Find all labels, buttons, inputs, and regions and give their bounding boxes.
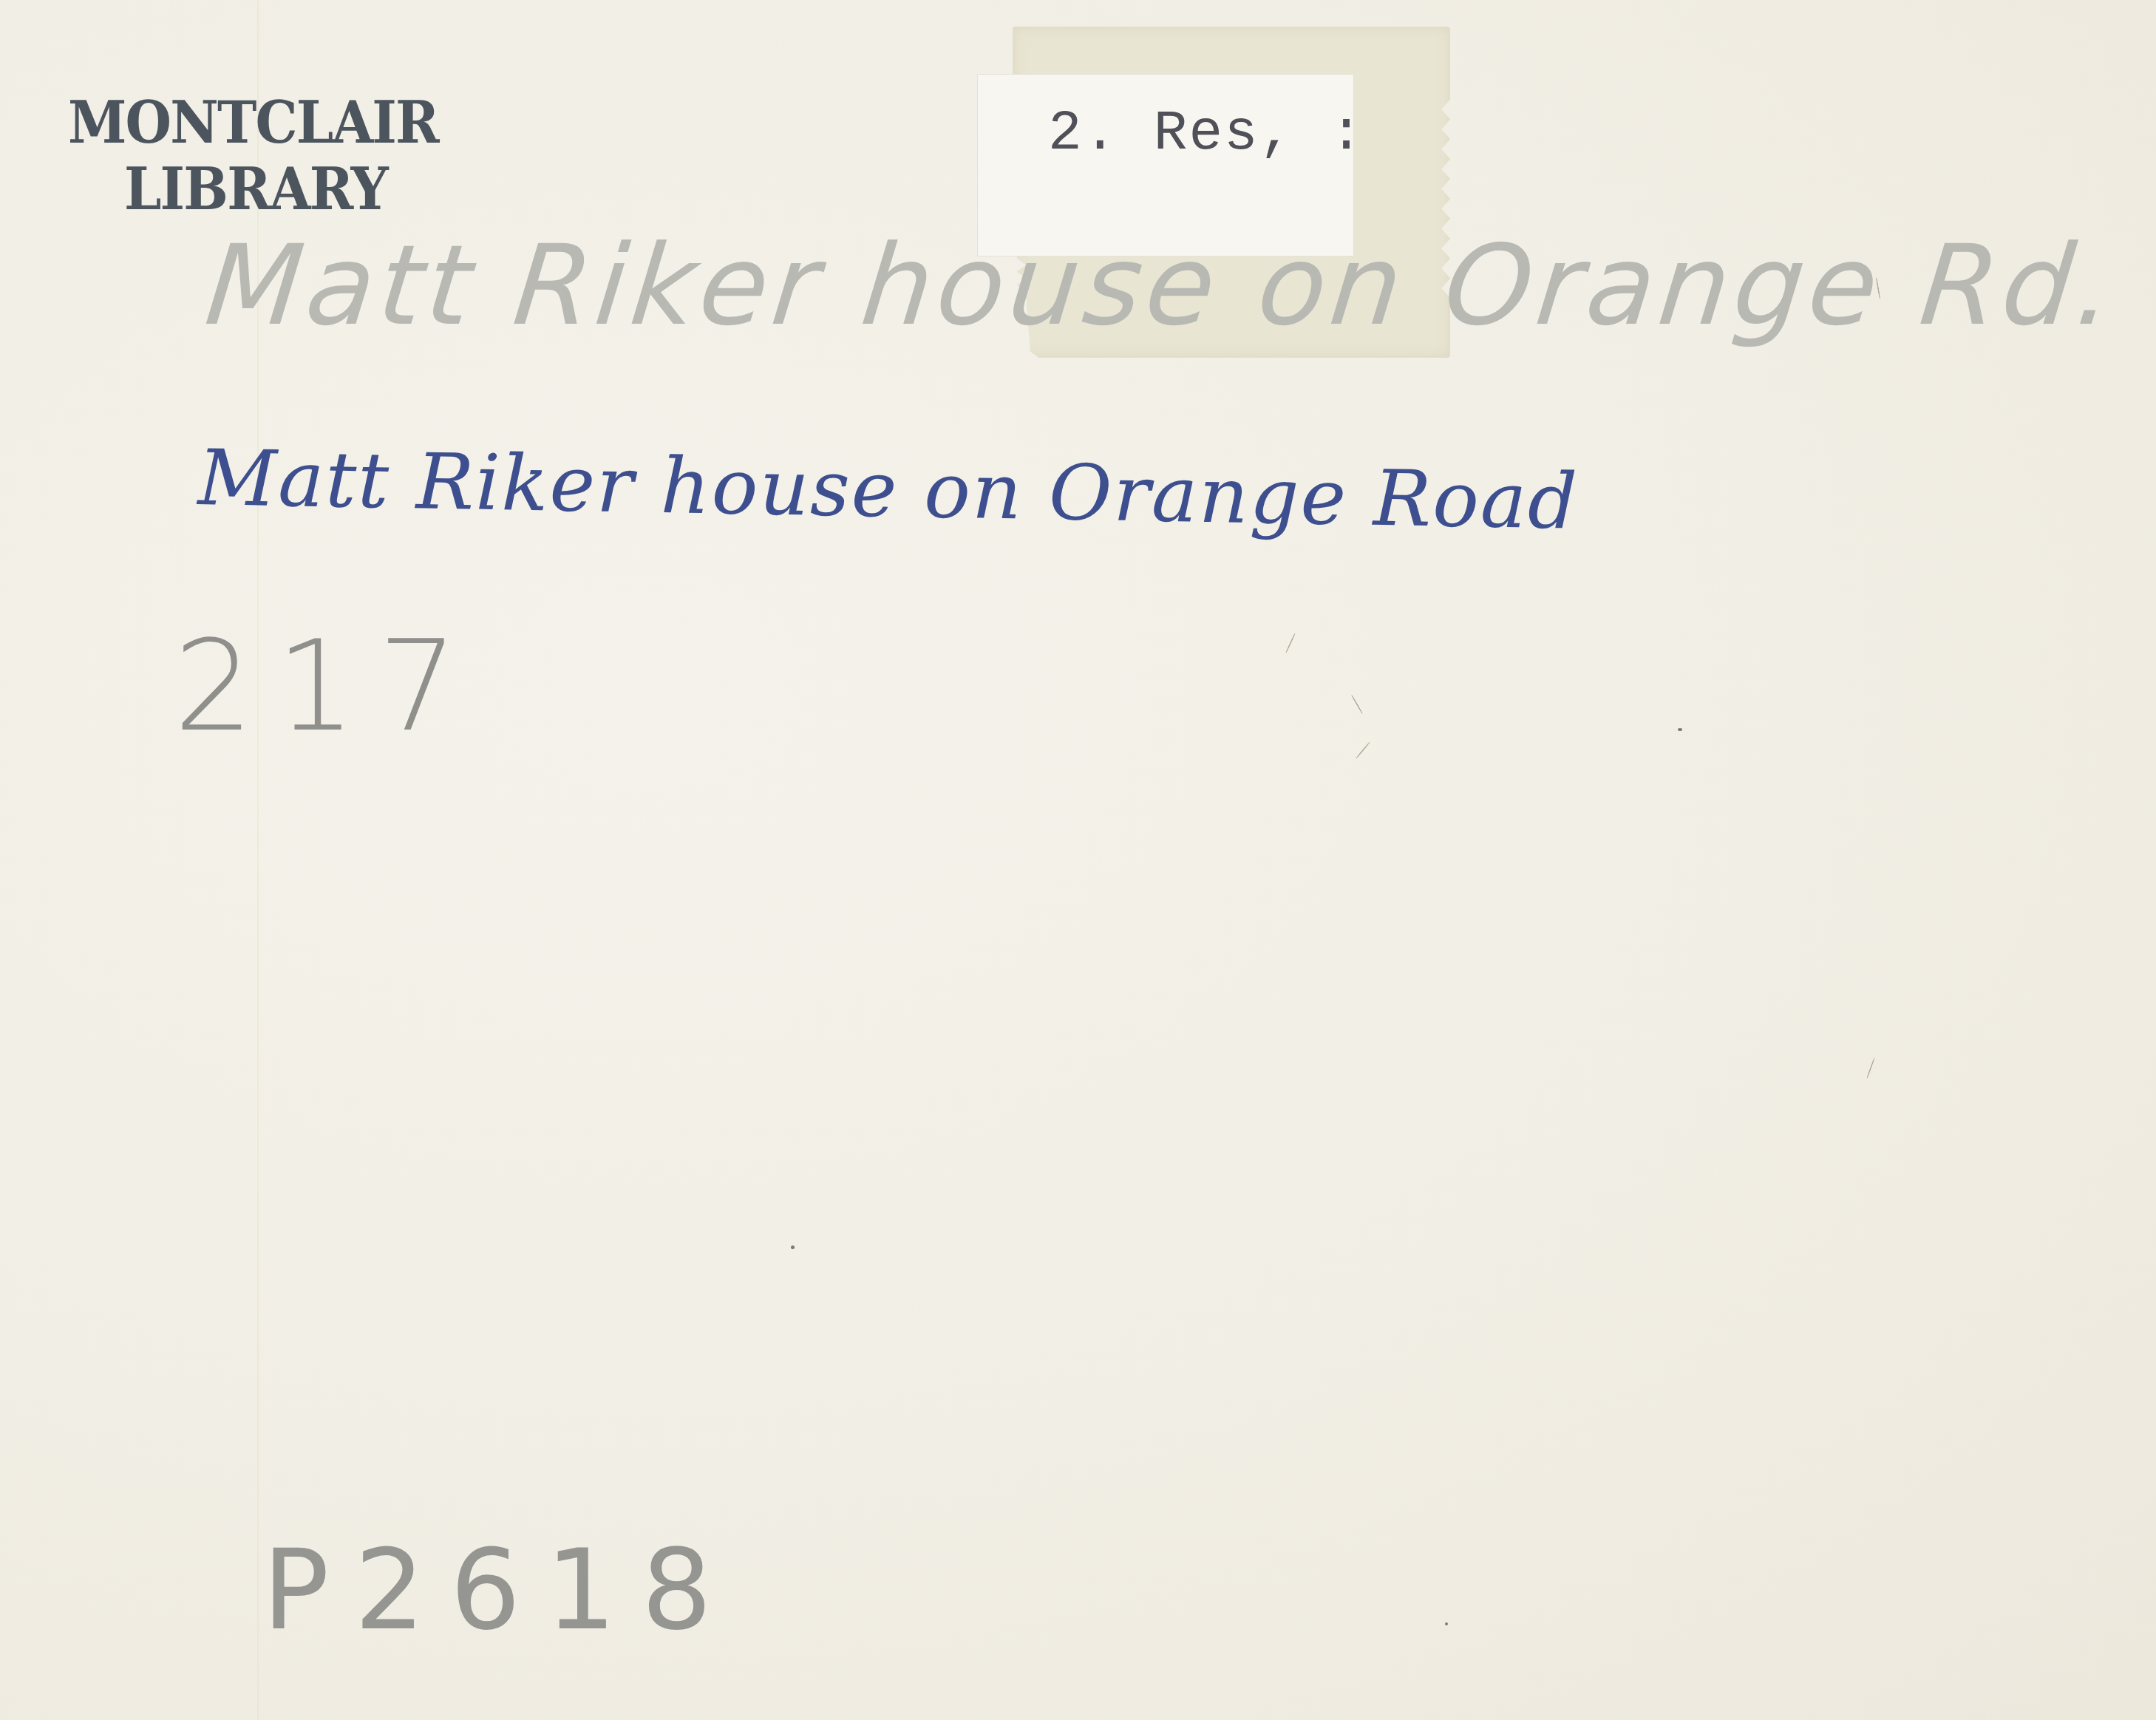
typed-label-text: 2. Res, : xyxy=(1048,102,1364,166)
stamp-line-library: LIBRARY xyxy=(124,161,443,219)
paper-speck xyxy=(791,1245,795,1249)
accession-number: P2618 xyxy=(262,1526,737,1655)
pencil-number: 217 xyxy=(174,613,480,760)
paper-speck xyxy=(1678,728,1682,731)
library-stamp: MONTCLAIR LIBRARY xyxy=(68,95,470,219)
pencil-caption: Matt Riker house on Orange Rd. xyxy=(200,222,2124,350)
paper-speck xyxy=(1445,1622,1448,1625)
stamp-line-montclair: MONTCLAIR xyxy=(68,95,438,152)
